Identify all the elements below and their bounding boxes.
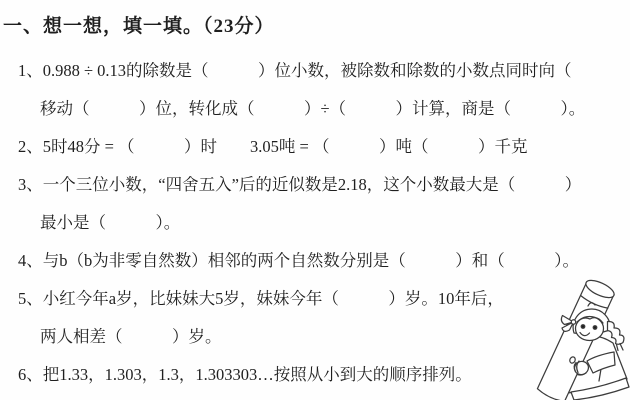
right-eye (593, 326, 597, 330)
question-5-line-2: 两人相差（ ）岁。 (0, 318, 630, 356)
worksheet-page: 一、想一想，填一填。（23分） 1、0.988 ÷ 0.13的除数是（ ）位小数… (0, 0, 630, 400)
girl-with-pencil-illustration (543, 275, 630, 400)
question-3-line-2: 最小是（ ）。 (0, 204, 630, 242)
question-6: 6、把1.33，1.303，1.3，1.303303…按照从小到大的顺序排列。 (0, 356, 630, 394)
question-4: 4、与b（b为非零自然数）相邻的两个自然数分别是（ ）和（ ）。 (0, 242, 630, 280)
question-1-line-1: 1、0.988 ÷ 0.13的除数是（ ）位小数，被除数和除数的小数点同时向（ (0, 52, 630, 90)
question-2: 2、5时48分 = （ ）时 3.05吨 = （ ）吨（ ）千克 (0, 128, 630, 166)
question-3-line-1: 3、一个三位小数，“四舍五入”后的近似数是2.18，这个小数最大是（ ） (0, 166, 630, 204)
section-title: 一、想一想，填一填。（23分） (3, 11, 275, 38)
question-5-line-1: 5、小红今年a岁，比妹妹大5岁，妹妹今年（ ）岁。10年后， (0, 280, 630, 318)
question-list: 1、0.988 ÷ 0.13的除数是（ ）位小数，被除数和除数的小数点同时向（移… (0, 52, 630, 394)
question-1-line-2: 移动（ ）位，转化成（ ）÷（ ）计算，商是（ ）。 (0, 90, 630, 128)
left-eye (581, 325, 585, 329)
